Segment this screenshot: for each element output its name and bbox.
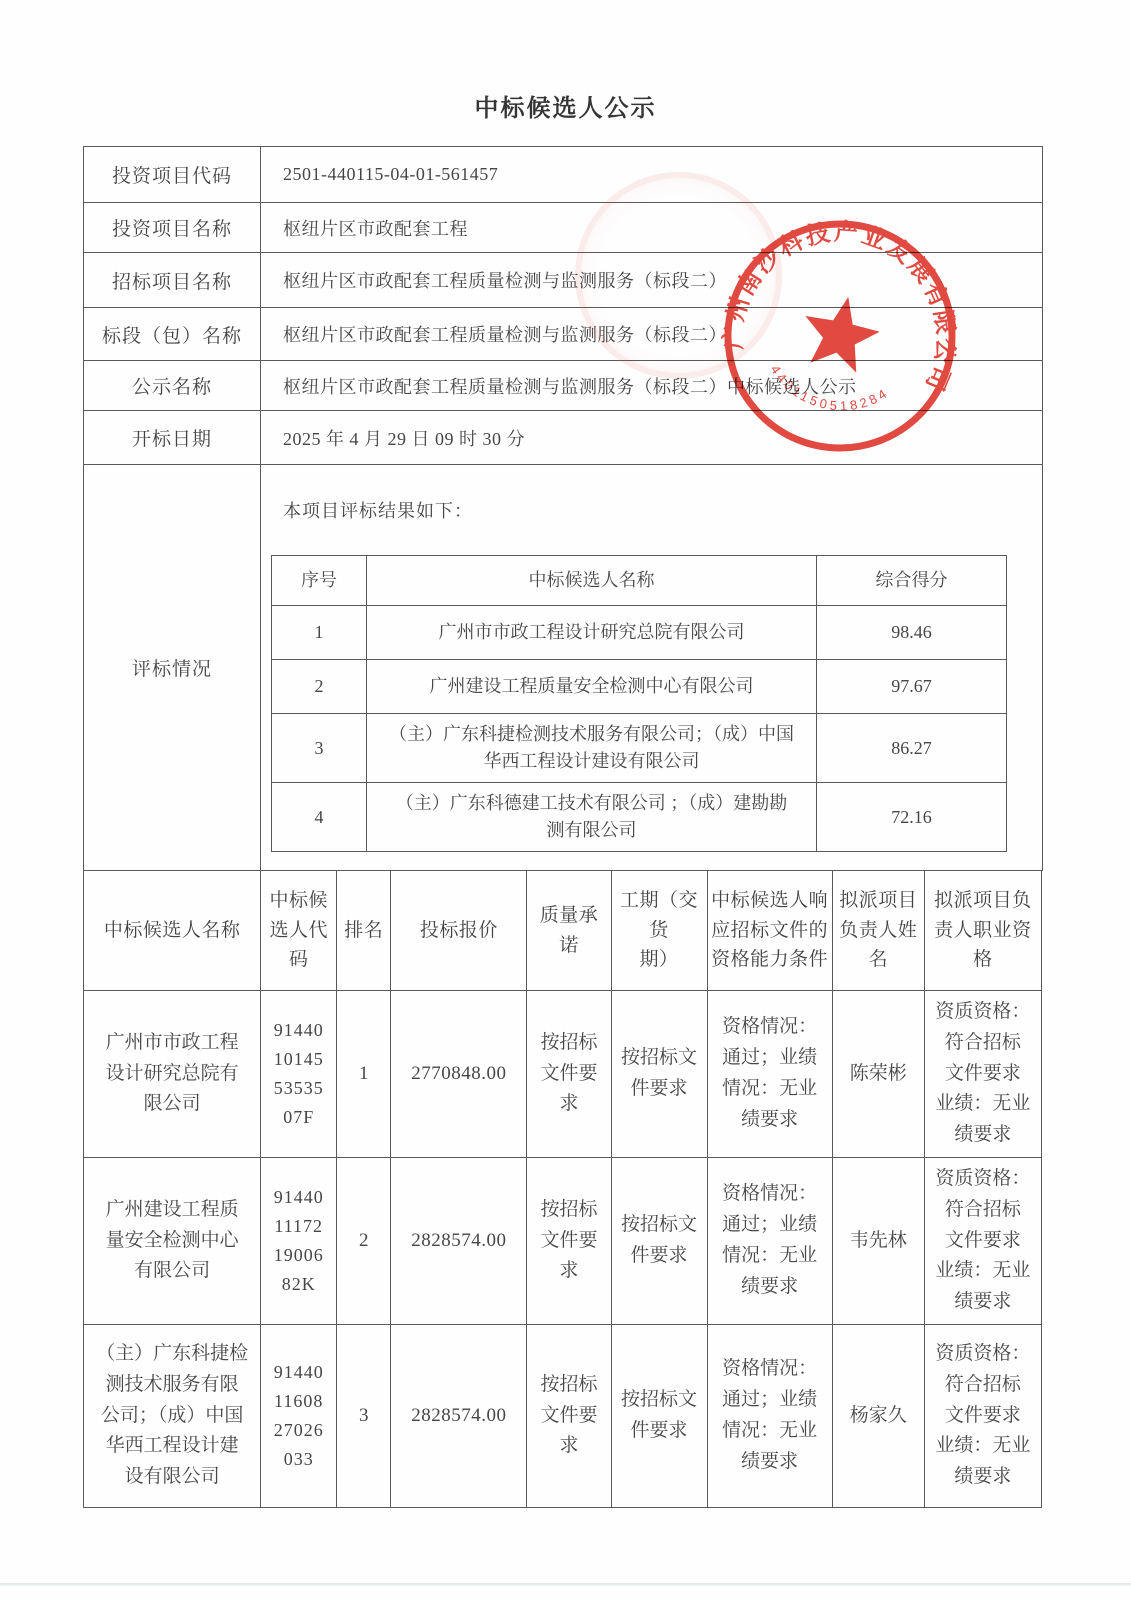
table-row: 投资项目名称 枢纽片区市政配套工程	[84, 203, 1043, 253]
column-header: 工期（交货 期）	[611, 871, 707, 991]
evaluation-result-table: 序号 中标候选人名称 综合得分 1 广州市市政工程设计研究总院有限公司 98.4…	[271, 555, 1007, 852]
candidate-person-qualification: 资质资格： 符合招标 文件要求 业绩：无业 绩要求	[924, 991, 1041, 1158]
column-header: 质量承 诺	[527, 871, 611, 991]
table-row: 投资项目代码 2501-440115-04-01-561457	[84, 147, 1043, 203]
candidate-name: （主）广东科捷检 测技术服务有限 公司；（成）中国 华西工程设计建 设有限公司	[84, 1325, 261, 1508]
info-row-value: 枢纽片区市政配套工程质量检测与监测服务（标段二）	[261, 308, 1043, 361]
info-row-value: 枢纽片区市政配套工程质量检测与监测服务（标段二）	[261, 253, 1043, 308]
page-edge-shadow	[0, 1583, 1131, 1586]
column-header: 中标候选人名称	[367, 556, 817, 606]
candidate-duration: 按招标文 件要求	[611, 991, 707, 1158]
candidate-price: 2828574.00	[391, 1325, 527, 1508]
info-row-value: 2501-440115-04-01-561457	[261, 147, 1043, 203]
candidate-row: 广州建设工程质 量安全检测中心 有限公司 91440 11172 19006 8…	[84, 1158, 1042, 1325]
table-row: 招标项目名称 枢纽片区市政配套工程质量检测与监测服务（标段二）	[84, 253, 1043, 308]
evaluation-row: 评标情况 本项目评标结果如下： 序号 中标候选人名称 综合得分 1 广州市市政工…	[84, 465, 1043, 871]
column-header: 序号	[272, 556, 367, 606]
candidate-row: 广州市市政工程 设计研究总院有 限公司 91440 10145 53535 07…	[84, 991, 1042, 1158]
eval-row-no: 2	[272, 660, 367, 714]
candidate-person-qualification: 资质资格： 符合招标 文件要求 业绩：无业 绩要求	[924, 1158, 1041, 1325]
eval-row-name: 广州建设工程质量安全检测中心有限公司	[367, 660, 817, 714]
candidate-rank: 3	[337, 1325, 391, 1508]
candidate-price: 2828574.00	[391, 1158, 527, 1325]
info-row-value: 枢纽片区市政配套工程质量检测与监测服务（标段二）中标候选人公示	[261, 361, 1043, 411]
table-row: 2 广州建设工程质量安全检测中心有限公司 97.67	[272, 660, 1007, 714]
candidate-row: （主）广东科捷检 测技术服务有限 公司；（成）中国 华西工程设计建 设有限公司 …	[84, 1325, 1042, 1508]
column-header: 拟派项目负 责人职业资 格	[924, 871, 1041, 991]
eval-row-name: 广州市市政工程设计研究总院有限公司	[367, 606, 817, 660]
info-row-label: 开标日期	[84, 411, 261, 465]
table-row: 4 （主）广东科德建工技术有限公司 ；（成）建勘勘 测有限公司 72.16	[272, 783, 1007, 852]
candidate-code: 91440 11172 19006 82K	[261, 1158, 337, 1325]
eval-row-name: （主）广东科德建工技术有限公司 ；（成）建勘勘 测有限公司	[367, 783, 817, 852]
eval-row-no: 1	[272, 606, 367, 660]
table-row: 1 广州市市政工程设计研究总院有限公司 98.46	[272, 606, 1007, 660]
column-header: 拟派项目 负责人姓 名	[832, 871, 924, 991]
candidate-price: 2770848.00	[391, 991, 527, 1158]
column-header: 综合得分	[817, 556, 1007, 606]
candidate-person: 杨家久	[832, 1325, 924, 1508]
eval-row-no: 4	[272, 783, 367, 852]
candidate-quality: 按招标 文件要 求	[527, 1158, 611, 1325]
evaluation-content: 本项目评标结果如下： 序号 中标候选人名称 综合得分 1 广州市市政工程设计研究…	[261, 465, 1043, 871]
info-row-label: 标段（包）名称	[84, 308, 261, 361]
table-row: 开标日期 2025 年 4 月 29 日 09 时 30 分	[84, 411, 1043, 465]
candidate-person-qualification: 资质资格： 符合招标 文件要求 业绩：无业 绩要求	[924, 1325, 1041, 1508]
candidate-name: 广州建设工程质 量安全检测中心 有限公司	[84, 1158, 261, 1325]
candidate-duration: 按招标文 件要求	[611, 1325, 707, 1508]
eval-row-score: 72.16	[817, 783, 1007, 852]
table-row: 3 （主）广东科捷检测技术服务有限公司；（成）中国 华西工程设计建设有限公司 8…	[272, 714, 1007, 783]
candidate-qualification: 资格情况： 通过；业绩 情况：无业 绩要求	[707, 1325, 832, 1508]
candidate-quality: 按招标 文件要 求	[527, 1325, 611, 1508]
eval-row-no: 3	[272, 714, 367, 783]
column-header: 中标候选人名称	[84, 871, 261, 991]
candidate-name: 广州市市政工程 设计研究总院有 限公司	[84, 991, 261, 1158]
page-title: 中标候选人公示	[0, 88, 1131, 123]
table-header-row: 序号 中标候选人名称 综合得分	[272, 556, 1007, 606]
info-row-label: 投资项目代码	[84, 147, 261, 203]
evaluation-label: 评标情况	[84, 465, 261, 871]
column-header: 中标候 选人代 码	[261, 871, 337, 991]
column-header: 中标候选人响 应招标文件的 资格能力条件	[707, 871, 832, 991]
candidate-person: 韦先林	[832, 1158, 924, 1325]
candidate-rank: 2	[337, 1158, 391, 1325]
candidate-code: 91440 11608 27026 033	[261, 1325, 337, 1508]
column-header: 投标报价	[391, 871, 527, 991]
info-row-value: 2025 年 4 月 29 日 09 时 30 分	[261, 411, 1043, 465]
info-row-value: 枢纽片区市政配套工程	[261, 203, 1043, 253]
eval-row-score: 98.46	[817, 606, 1007, 660]
info-row-label: 招标项目名称	[84, 253, 261, 308]
document-body: 投资项目代码 2501-440115-04-01-561457 投资项目名称 枢…	[83, 146, 1042, 1508]
candidate-duration: 按招标文 件要求	[611, 1158, 707, 1325]
candidate-person: 陈荣彬	[832, 991, 924, 1158]
table-row: 公示名称 枢纽片区市政配套工程质量检测与监测服务（标段二）中标候选人公示	[84, 361, 1043, 411]
eval-row-score: 86.27	[817, 714, 1007, 783]
candidate-qualification: 资格情况： 通过；业绩 情况：无业 绩要求	[707, 991, 832, 1158]
table-row: 标段（包）名称 枢纽片区市政配套工程质量检测与监测服务（标段二）	[84, 308, 1043, 361]
column-header: 排名	[337, 871, 391, 991]
evaluation-intro: 本项目评标结果如下：	[283, 497, 1042, 523]
candidate-code: 91440 10145 53535 07F	[261, 991, 337, 1158]
candidate-rank: 1	[337, 991, 391, 1158]
eval-row-name: （主）广东科捷检测技术服务有限公司；（成）中国 华西工程设计建设有限公司	[367, 714, 817, 783]
candidate-quality: 按招标 文件要 求	[527, 991, 611, 1158]
candidate-qualification: 资格情况： 通过；业绩 情况：无业 绩要求	[707, 1158, 832, 1325]
candidates-table: 中标候选人名称 中标候 选人代 码 排名 投标报价 质量承 诺 工期（交货 期）…	[83, 870, 1042, 1508]
project-info-table: 投资项目代码 2501-440115-04-01-561457 投资项目名称 枢…	[83, 146, 1043, 871]
info-row-label: 投资项目名称	[84, 203, 261, 253]
info-row-label: 公示名称	[84, 361, 261, 411]
table-header-row: 中标候选人名称 中标候 选人代 码 排名 投标报价 质量承 诺 工期（交货 期）…	[84, 871, 1042, 991]
eval-row-score: 97.67	[817, 660, 1007, 714]
